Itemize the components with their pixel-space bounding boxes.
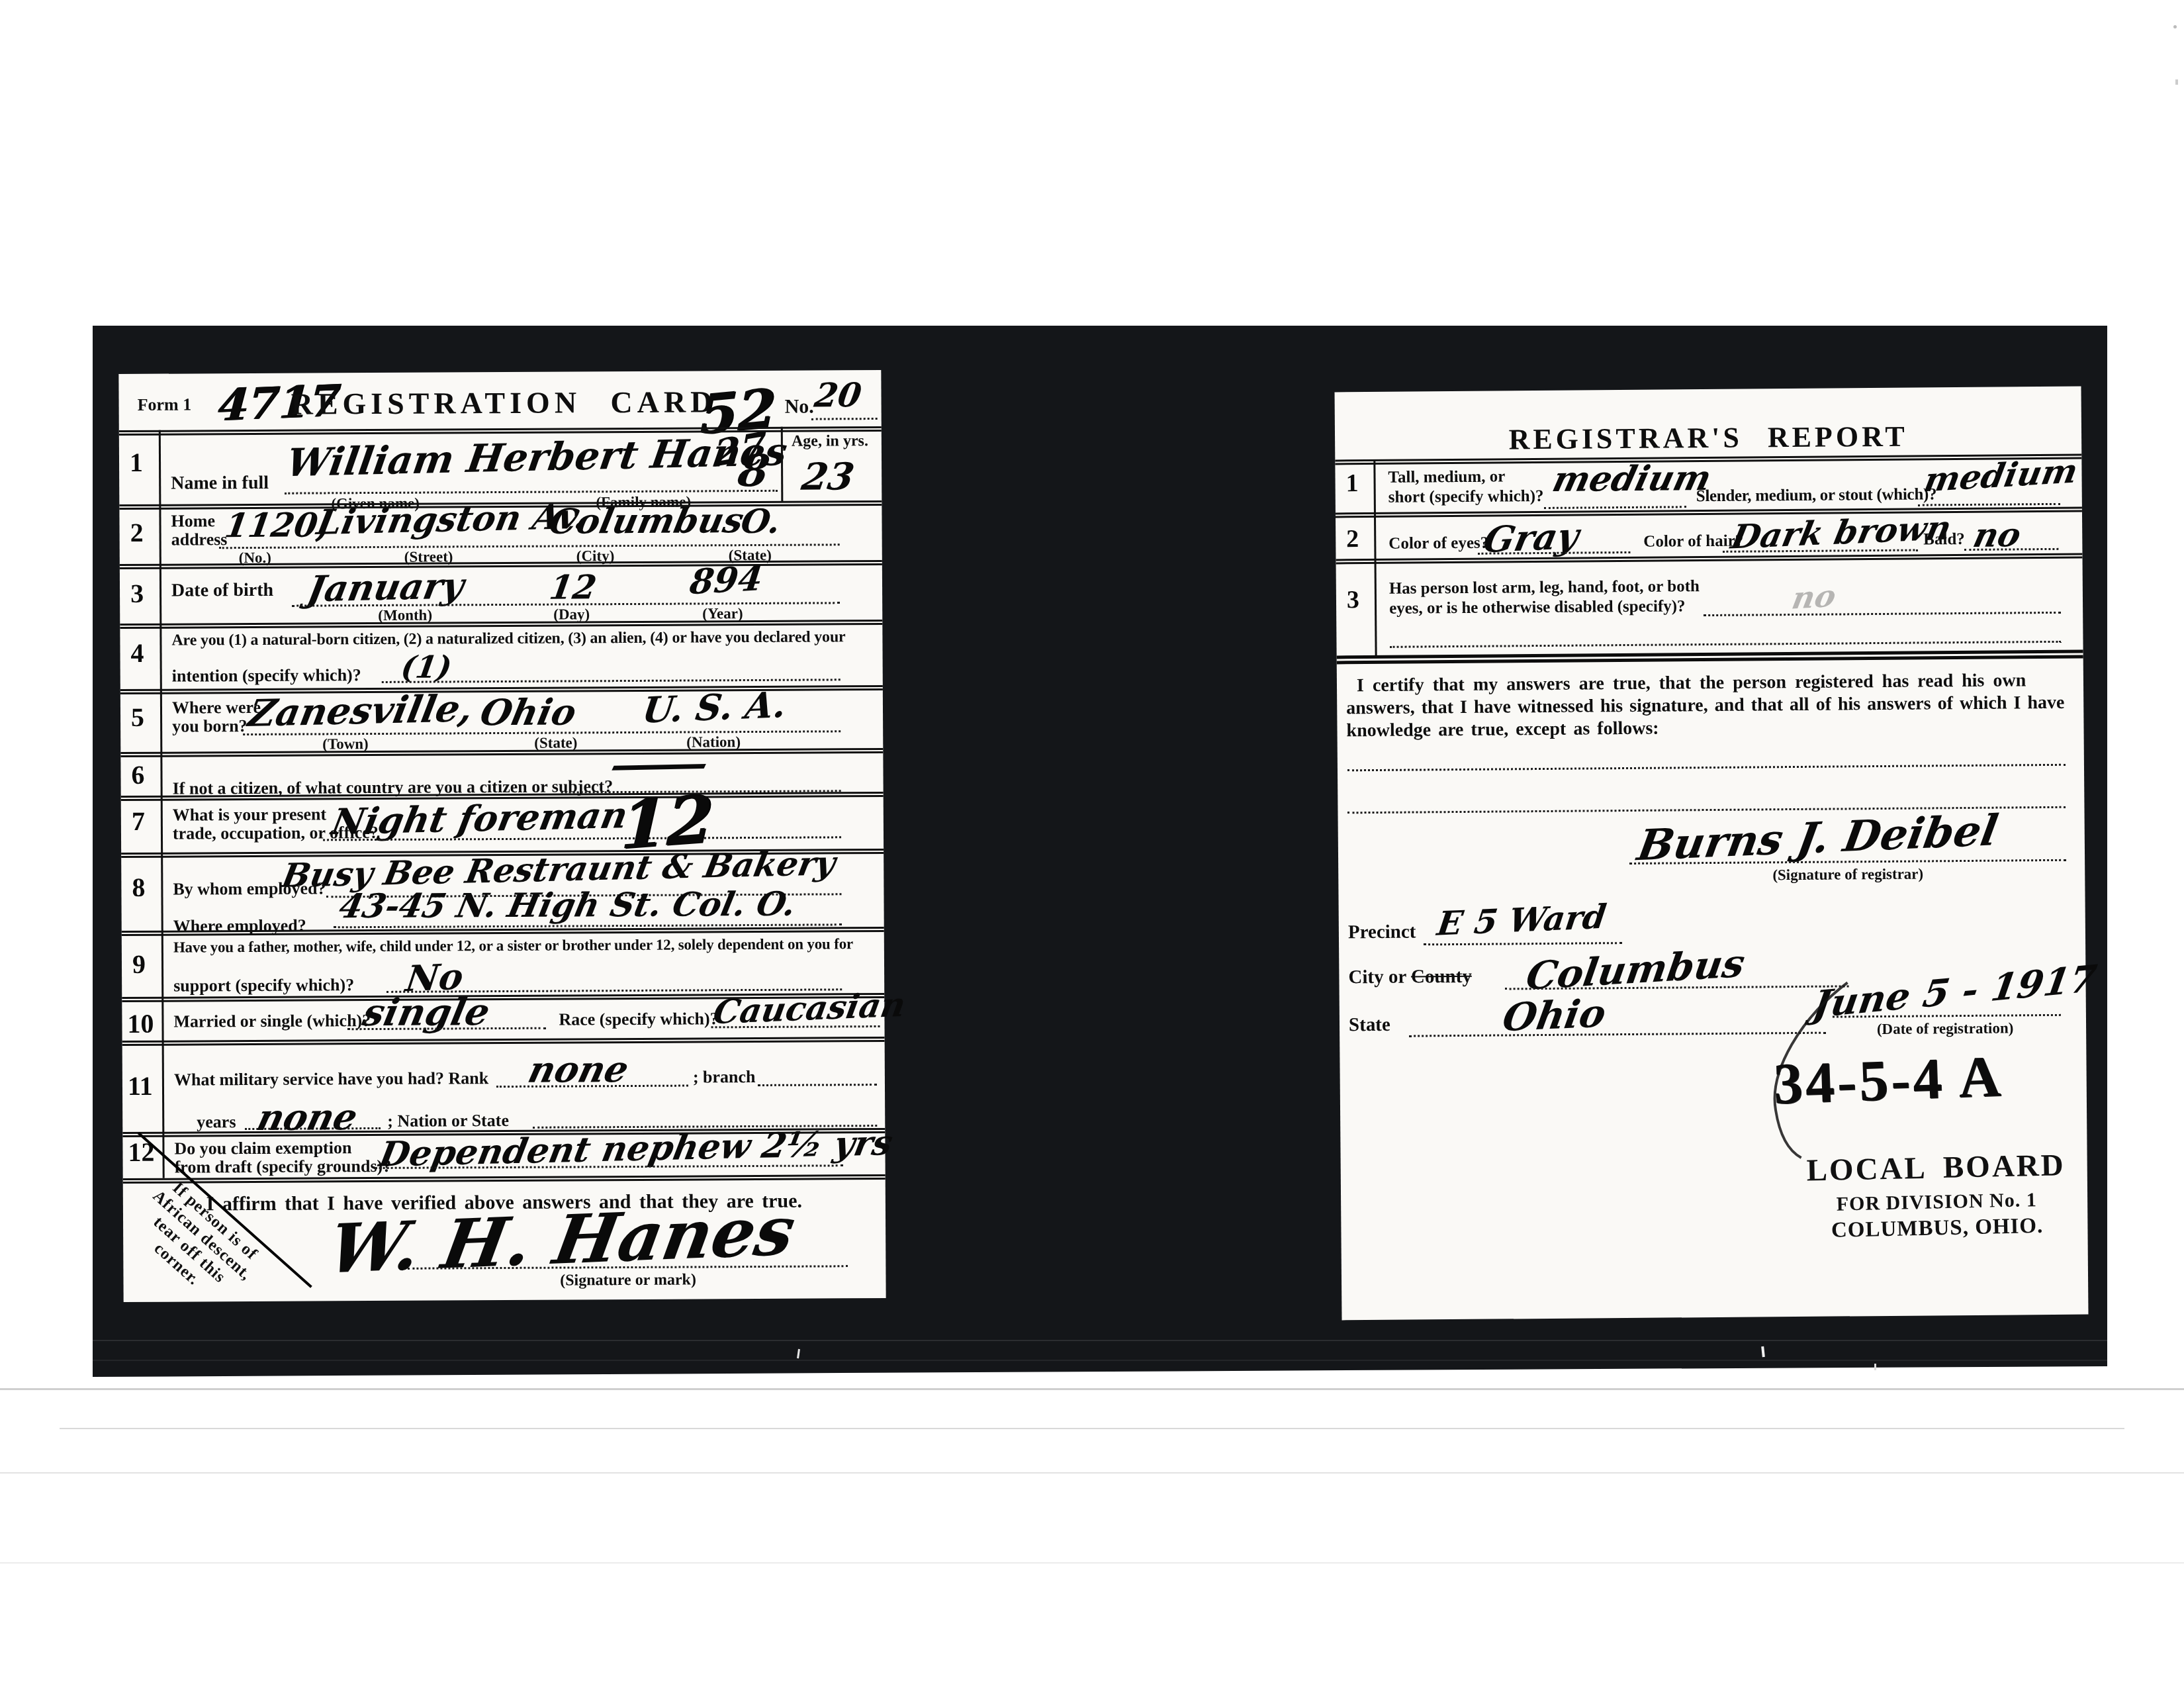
citizen-answer: (1) [399,649,455,684]
row1-number: 1 [130,447,143,478]
precinct-dotted-line [1424,942,1622,945]
home-label-1: Home [171,511,215,531]
age-box-divider [781,427,784,502]
citizen-question-line2: intention (specify which)? [172,665,361,686]
report-row2-number: 2 [1346,524,1359,553]
row-number-divider [159,430,165,1178]
row2-number: 2 [130,517,143,548]
hair-label: Color of hair? [1643,532,1743,551]
disability-dotted-line [1704,612,2061,616]
report-number-divider [1373,459,1377,655]
local-board-line1: LOCAL BOARD [1797,1147,2075,1189]
citizen-dotted-line [382,679,841,683]
local-board-line2: FOR DIVISION No. 1 [1797,1188,2076,1217]
row10-rule [122,1037,885,1043]
state-label: State [1349,1014,1390,1036]
birth-month-value: January [304,564,468,610]
report-row3-number: 3 [1347,585,1359,614]
build-value: medium [1921,451,2081,500]
row4-number: 4 [130,637,144,669]
scan-artifact-speck [1874,1364,1876,1370]
city-label-part: City or [1348,966,1411,988]
birth-day-value: 12 [547,567,600,606]
height-dotted-line [1544,506,1686,509]
nation-state-label: ; Nation or State [387,1111,509,1131]
trade-value: Night foreman [328,794,631,843]
bald-dotted-line [1964,548,2058,551]
local-board-stamp: LOCAL BOARD FOR DIVISION No. 1 COLUMBUS,… [1797,1147,2077,1244]
trade-label-1: What is your present [173,804,326,825]
certification-line2: answers, that I have witnessed his signa… [1346,692,2064,720]
scan-artifact-line [0,1562,2184,1564]
years-label: years [197,1112,236,1132]
dependents-line1: Have you a father, mother, wife, child u… [173,935,853,956]
registrar-signature-label: (Signature of registrar) [1629,865,2066,885]
scan-artifact-line [0,1388,2184,1390]
home-state-value: O. [739,502,783,541]
disability-label-1: Has person lost arm, leg, hand, foot, or… [1389,577,1700,598]
scan-artifact-line [93,1340,2107,1341]
exceptions-blank-line1 [1347,764,2066,772]
registrars-report-card: REGISTRAR'S REPORT 1 Tall, medium, or sh… [1335,387,2089,1321]
report-row1-rule [1336,507,2082,515]
row5-number: 5 [131,702,144,733]
row8-number: 8 [132,872,145,903]
state-value: Ohio [1500,991,1610,1041]
row3-rule [120,620,882,626]
born-town-value: Zanesville, [245,686,477,735]
county-label-struck: County [1411,966,1472,988]
born-label-1: Where were [172,698,261,718]
disability-blank-dotted-line [1390,641,2062,648]
scan-artifact-speck [2175,79,2178,85]
age-label: Age, in yrs. [792,432,868,451]
certification-line1: I certify that my answers are true, that… [1357,670,2026,696]
exemption-label-1: Do you claim exemption [174,1138,351,1158]
no-dotted-line [811,418,878,420]
birth-label: Date of birth [171,580,273,602]
home-city-value: Columbus [545,500,747,542]
build-dotted-line [1918,503,2060,506]
height-label-2: short (specify which)? [1388,487,1544,507]
name-dotted-line [285,490,778,494]
build-label: Slender, medium, or stout (which)? [1696,485,1937,506]
exemption-label-2: from draft (specify grounds)? [175,1156,392,1178]
eyes-label: Color of eyes? [1388,534,1488,553]
certification-line3: knowledge are true, except as follows: [1346,718,1659,742]
row3-number: 3 [130,578,144,609]
employer-label: By whom employed? [173,878,326,899]
employed-where-value: 43-45 N. High St. Col. O. [336,884,799,926]
scan-artifact-line [0,1472,2184,1474]
scan-artifact-speck [2173,25,2177,28]
employed-where-label: Where employed? [173,916,306,937]
row7-number: 7 [132,806,145,837]
row9-number: 9 [132,949,146,980]
city-value: Columbus [1524,941,1748,999]
precinct-label: Precinct [1348,921,1416,944]
military-label: What military service have you had? Rank [174,1068,488,1090]
citizen-question-line1: Are you (1) a natural-born citizen, (2) … [171,628,845,649]
registration-card: Form 1 4717 REGISTRATION CARD No. 20 52 … [118,370,886,1302]
dependents-line2: support (specify which)? [173,975,354,996]
race-label: Race (specify which)? [559,1009,718,1029]
name-value: William Herbert Hanes [284,429,790,485]
row11-number: 11 [128,1070,153,1102]
scan-artifact-line [93,1360,2107,1361]
bald-label: Bald? [1923,530,1965,549]
disability-label-2: eyes, or is he otherwise disabled (speci… [1389,597,1686,618]
report-row1-number: 1 [1345,469,1358,498]
report-section-rule [1337,650,2083,659]
row5-rule [120,748,883,754]
disability-value-faint: no [1790,578,1839,616]
signature-label: (Signature or mark) [408,1270,848,1290]
city-county-label: City or County [1348,966,1472,988]
height-value: medium [1549,458,1715,500]
name-label: Name in full [171,473,269,494]
born-label-2: you born? [172,716,248,737]
precinct-value: E 5 Ward [1435,897,1608,943]
married-label: Married or single (which)? [173,1011,371,1032]
card-title: REGISTRATION CARD [291,385,688,422]
born-nation-value: U. S. A. [640,683,789,731]
card-no-label: No. [785,396,814,418]
report-row2-rule [1336,553,2082,561]
branch-dotted-line [758,1084,877,1086]
scanned-draft-registration-page: Form 1 4717 REGISTRATION CARD No. 20 52 … [0,0,2184,1688]
local-board-line3: COLUMBUS, OHIO. [1798,1213,2077,1244]
birth-year-value: 894 [688,558,765,602]
row10-number: 10 [127,1008,154,1039]
report-title: REGISTRAR'S REPORT [1335,418,2081,458]
age-value: 23 [799,455,857,498]
height-label-1: Tall, medium, or [1388,467,1505,487]
row6-number: 6 [131,759,144,790]
branch-label: ; branch [693,1067,756,1087]
board-stamp-number: 34-5-4 A [1772,1043,2005,1118]
race-value: Caucasian [710,985,908,1032]
scan-artifact-line [60,1428,2124,1429]
card-no-value: 20 [812,375,864,414]
born-state-value: Ohio [477,690,580,733]
rank-value: none [524,1048,633,1091]
form-number-label: Form 1 [138,395,192,414]
